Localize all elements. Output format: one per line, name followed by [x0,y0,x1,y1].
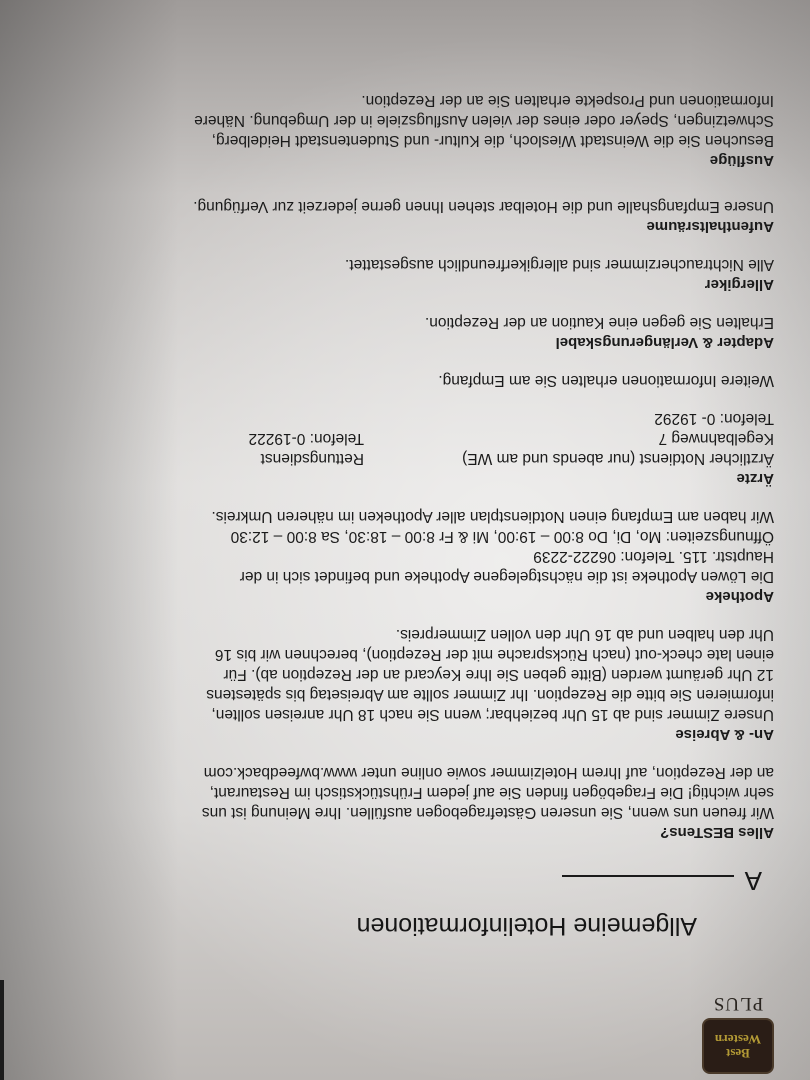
section-adapter: Adapter & Verlängerungskabel Erhalten Si… [54,312,774,352]
section-line: informieren Sie bitte die Rezeption. Ihr… [54,684,774,704]
section-allergiker: Allergiker Alle Nichtraucherzimmer sind … [54,254,774,294]
section-divider [562,875,734,877]
section-line: Unsere Zimmer sind ab 15 Uhr beziehbar; … [54,704,774,724]
section-heading: Allergiker [54,274,774,294]
section-alles-bestens: Alles BESTens? Wir freuen uns wenn, Sie … [54,762,774,842]
section-apotheke: Apotheke Die Löwen Apotheke ist die näch… [54,506,774,606]
section-line: Informationen und Prospekte erhalten Sie… [54,90,774,110]
section-line: Kegelbahnweg 7 [364,428,774,448]
logo-brand-line1: Best [704,1046,772,1060]
section-line: sehr wichtig! Die Fragebögen finden Sie … [54,782,774,802]
section-heading: Ärzte [54,468,774,488]
section-letter: A [745,865,762,896]
section-line: Erhalten Sie gegen eine Kaution an der R… [54,312,774,332]
section-line: Wir haben am Empfang einen Notdienstplan… [54,506,774,526]
section-line: Schwetzingen, Speyer oder eines der viel… [54,110,774,130]
section-line: Die Löwen Apotheke ist die nächstgelegen… [54,566,774,586]
rescue-service-info: Rettungsdienst Telefon: 0-19222 [164,408,364,468]
section-aerzte: Ärzte Ärztlicher Notdienst (nur abends u… [54,370,774,488]
section-heading: Alles BESTens? [54,822,774,842]
section-line: Wir freuen uns wenn, Sie unseren Gästefr… [54,802,774,822]
section-heading: Apotheke [54,586,774,606]
section-heading: Ausflüge [54,150,774,170]
section-line: Weitere Informationen erhalten Sie am Em… [54,370,774,390]
section-line: Telefon: 0-19222 [164,428,364,448]
section-line: Öffnungszeiten: Mo, Di, Do 8:00 – 19:00,… [54,526,774,546]
section-ausfluege: Ausflüge Besuchen Sie die Weinstadt Wies… [54,90,774,170]
section-line: Telefon: 0- 19292 [364,408,774,428]
section-line: Rettungsdienst [164,448,364,468]
section-aufenthaltsraeume: Aufenthaltsräume Unsere Empfangshalle un… [54,196,774,236]
section-line: 12 Uhr geräumt werden (Bitte geben Sie I… [54,664,774,684]
page-title: Allgemeine Hotelinformationen [357,911,697,940]
section-heading: Aufenthaltsräume [54,216,774,236]
section-line: Besuchen Sie die Weinstadt Wiesloch, die… [54,130,774,150]
section-line: Uhr den halben und ab 16 Uhr den vollen … [54,624,774,644]
section-line: Unsere Empfangshalle und die Hotelbar st… [54,196,774,216]
hotel-info-document: Best Western PLUS Allgemeine Hotelinform… [0,0,810,1080]
section-line: Alle Nichtraucherzimmer sind allergikerf… [54,254,774,274]
section-line: an der Rezeption, auf Ihrem Hotelzimmer … [54,762,774,782]
info-sections: Alles BESTens? Wir freuen uns wenn, Sie … [54,72,774,842]
logo-badge: Best Western [702,1018,774,1074]
doctor-on-call-info: Ärztlicher Notdienst (nur abends und am … [364,408,774,468]
section-line: einen late check-out (nach Rücksprache m… [54,644,774,664]
logo-tier: PLUS [702,992,774,1014]
section-an-abreise: An- & Abreise Unsere Zimmer sind ab 15 U… [54,624,774,744]
section-line: Hauptstr. 115. Telefon: 06222-2239 [54,546,774,566]
section-heading: An- & Abreise [54,724,774,744]
logo-brand-line2: Western [704,1032,772,1046]
section-line: Ärztlicher Notdienst (nur abends und am … [364,448,774,468]
section-heading: Adapter & Verlängerungskabel [54,332,774,352]
best-western-plus-logo: Best Western PLUS [694,992,774,1074]
